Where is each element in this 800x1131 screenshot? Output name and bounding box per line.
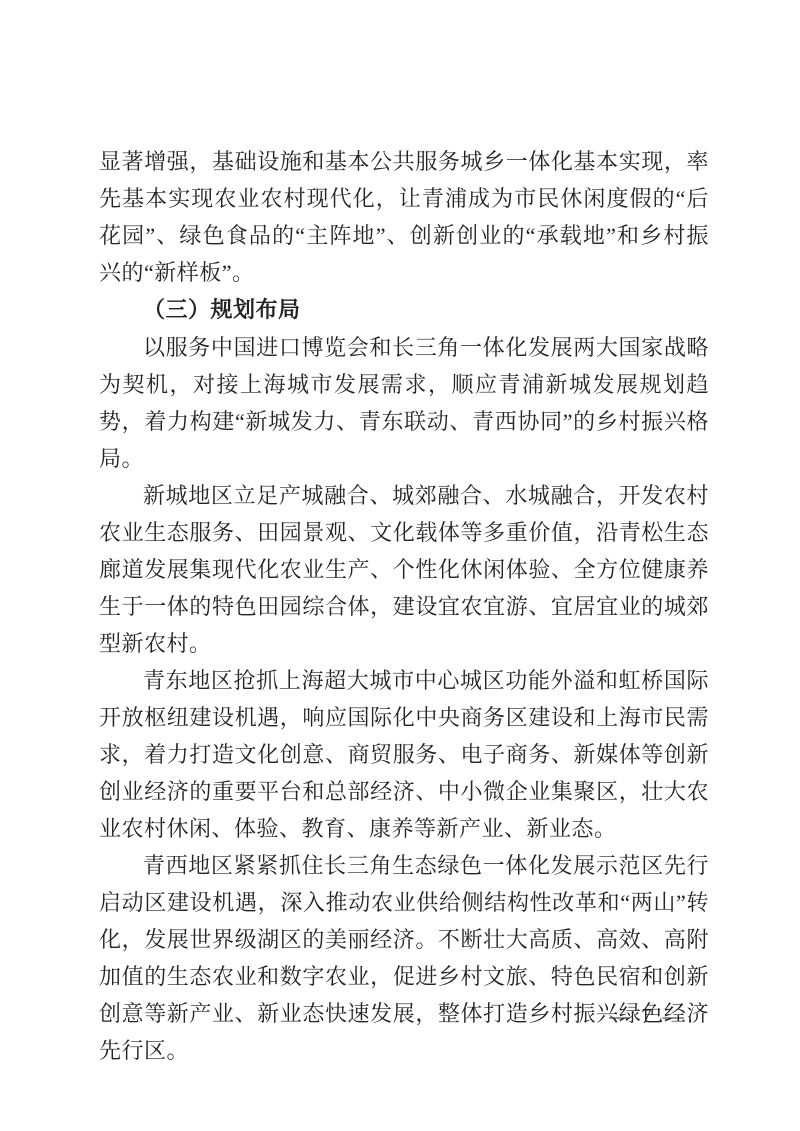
paragraph-continuation: 显著增强，基础设施和基本公共服务城乡一体化基本实现，率先基本实现农业农村现代化，… — [99, 143, 709, 291]
content-area: 显著增强，基础设施和基本公共服务城乡一体化基本实现，率先基本实现农业农村现代化，… — [99, 143, 709, 1069]
paragraph-qingdong-area: 青东地区抢抓上海超大城市中心城区功能外溢和虹桥国际开放枢纽建设机遇，响应国际化中… — [99, 662, 709, 847]
paragraph-planning-layout: 以服务中国进口博览会和长三角一体化发展两大国家战略为契机，对接上海城市发展需求，… — [99, 329, 709, 477]
paragraph-qingxi-area: 青西地区紧紧抓住长三角生态绿色一体化发展示范区先行启动区建设机遇，深入推动农业供… — [99, 847, 709, 1069]
document-page: 显著增强，基础设施和基本公共服务城乡一体化基本实现，率先基本实现农业农村现代化，… — [0, 0, 800, 1131]
paragraph-new-city-area: 新城地区立足产城融合、城郊融合、水城融合，开发农村农业生态服务、田园景观、文化载… — [99, 477, 709, 662]
section-heading: （三）规划布局 — [99, 291, 709, 329]
page-number: — 7 — — [609, 1002, 687, 1030]
